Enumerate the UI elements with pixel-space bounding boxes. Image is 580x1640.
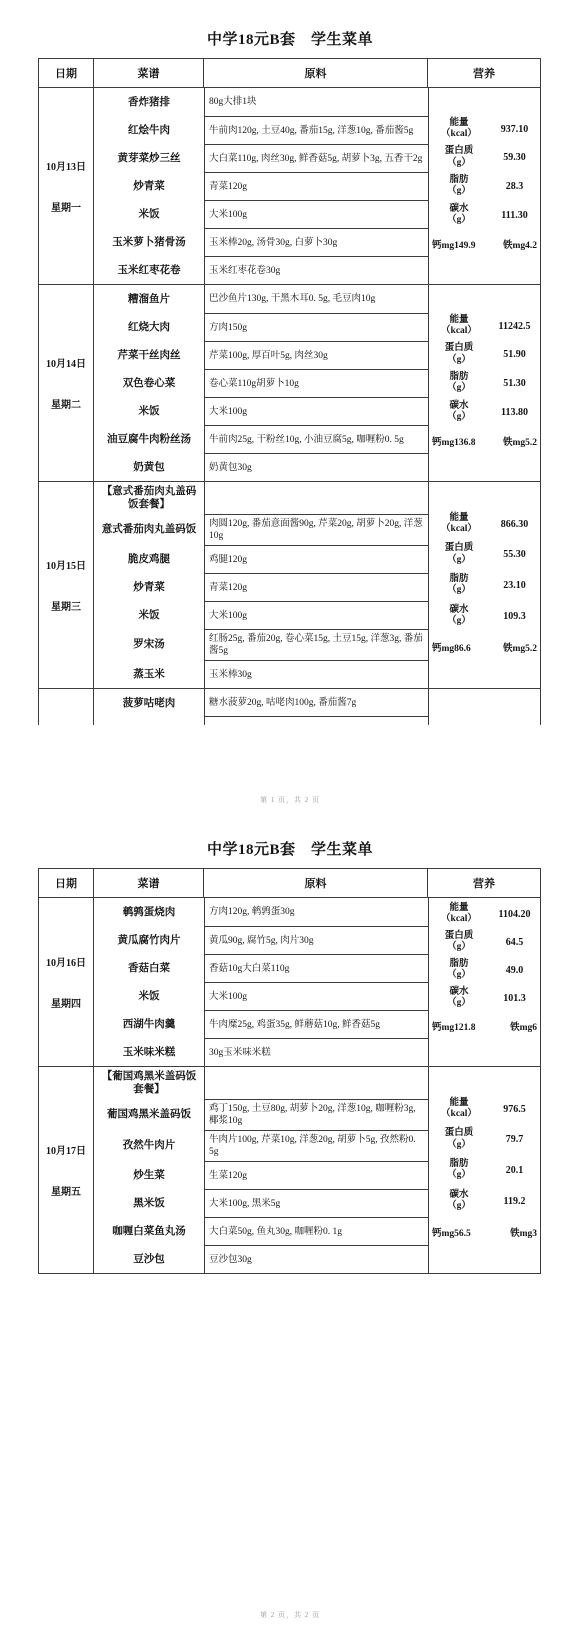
mineral-iron: 铁mg5.2 xyxy=(503,434,537,448)
dish-name: 菠萝咕咾肉 xyxy=(94,689,204,717)
weekday-text: 星期一 xyxy=(51,199,81,214)
dish-ingredient-rows: 【葡国鸡黑米盖码饭套餐】葡国鸡黑米盖码饭鸡丁150g, 土豆80g, 胡萝卜20… xyxy=(94,1067,428,1273)
dish-name: 咖喱白菜鱼丸汤 xyxy=(94,1217,204,1245)
menu-row: 【葡国鸡黑米盖码饭套餐】 xyxy=(94,1067,428,1099)
day-group: 10月16日星期四鹌鹑蛋烧肉方肉120g, 鹌鹑蛋30g黄瓜腐竹肉片黄瓜90g,… xyxy=(39,897,540,1066)
nutrition-cell: 能量（kcal）11242.5蛋白质（g）51.90脂肪（g）51.30碳水（g… xyxy=(428,285,540,481)
spacer xyxy=(204,717,428,725)
ingredient-cell: 玉米红枣花卷30g xyxy=(204,256,428,284)
ingredient-cell: 方肉120g, 鹌鹑蛋30g xyxy=(204,898,428,926)
menu-row: 糟溜鱼片巴沙鱼片130g, 干黑木耳0. 5g, 毛豆肉10g xyxy=(94,285,428,313)
mineral-calcium: 钙mg149.9 xyxy=(432,237,476,251)
menu-page-1: 中学18元B套 学生菜单 日期菜谱原料营养10月13日星期一香炸猪排80g大排1… xyxy=(0,0,580,810)
ingredient-cell: 红肠25g, 番茄20g, 卷心菜15g, 土豆15g, 洋葱3g, 番茄酱5g xyxy=(204,629,428,660)
nutrition-entry-energy: 能量（kcal）1104.20 xyxy=(429,900,540,928)
nutrition-label-name: 脂肪 xyxy=(429,372,489,384)
nutrition-label: 脂肪（g） xyxy=(429,1159,489,1182)
header-cell-nutrition: 营养 xyxy=(428,869,540,897)
menu-row: 孜然牛肉片牛肉片100g, 芹菜10g, 洋葱20g, 胡萝卜5g, 孜然粉0.… xyxy=(94,1130,428,1161)
nutrition-label-name: 脂肪 xyxy=(429,959,489,971)
nutrition-cell: 能量（kcal）976.5蛋白质（g）79.7脂肪（g）20.1碳水（g）119… xyxy=(428,1067,540,1273)
nutrition-label-name: 能量 xyxy=(429,315,489,327)
nutrition-label-unit: （g） xyxy=(429,585,489,597)
nutrition-label: 脂肪（g） xyxy=(429,175,489,198)
nutrition-value: 1104.20 xyxy=(489,909,540,920)
menu-row: 红烧大肉方肉150g xyxy=(94,313,428,341)
nutrition-label-unit: （g） xyxy=(429,355,489,367)
nutrition-label: 能量（kcal） xyxy=(429,513,489,536)
nutrition-label: 能量（kcal） xyxy=(429,315,489,338)
dish-name: 鹌鹑蛋烧肉 xyxy=(94,898,204,926)
date-cell: 10月16日星期四 xyxy=(39,898,94,1066)
nutrition-value: 866.30 xyxy=(489,519,540,530)
menu-row: 葡国鸡黑米盖码饭鸡丁150g, 土豆80g, 胡萝卜20g, 洋葱10g, 咖喱… xyxy=(94,1099,428,1130)
nutrition-entry-energy: 能量（kcal）976.5 xyxy=(429,1094,540,1125)
menu-row: 蒸玉米玉米棒30g xyxy=(94,660,428,688)
page-footer: 第 2 页，共 2 页 xyxy=(0,1610,580,1620)
date-cell: 10月17日星期五 xyxy=(39,1067,94,1273)
nutrition-label-name: 能量 xyxy=(429,513,489,525)
menu-row: 奶黄包奶黄包30g xyxy=(94,453,428,481)
nutrition-entry-protein: 蛋白质（g）59.30 xyxy=(429,144,540,173)
menu-row: 豆沙包豆沙包30g xyxy=(94,1245,428,1273)
nutrition-entry-energy: 能量（kcal）11242.5 xyxy=(429,312,540,341)
nutrition-minerals: 钙mg121.8铁mg6 xyxy=(429,1012,540,1040)
ingredient-cell: 牛肉片100g, 芹菜10g, 洋葱20g, 胡萝卜5g, 孜然粉0. 5g xyxy=(204,1130,428,1161)
ingredient-cell: 青菜120g xyxy=(204,573,428,601)
ingredient-cell: 生菜120g xyxy=(204,1161,428,1189)
table-header-row: 日期菜谱原料营养 xyxy=(39,59,540,87)
weekday-text: 星期二 xyxy=(51,396,81,411)
date-text: 10月16日 xyxy=(46,954,86,969)
menu-row: 菠萝咕咾肉糖水菠萝20g, 咕咾肉100g, 番茄酱7g xyxy=(94,689,428,717)
menu-table-page-2: 日期菜谱原料营养10月16日星期四鹌鹑蛋烧肉方肉120g, 鹌鹑蛋30g黄瓜腐竹… xyxy=(0,868,580,1274)
page-title: 中学18元B套 学生菜单 xyxy=(0,0,580,49)
nutrition-value: 937.10 xyxy=(489,124,540,135)
menu-row: 米饭大米100g xyxy=(94,397,428,425)
dish-name: 香菇白菜 xyxy=(94,954,204,982)
nutrition-minerals: 钙mg56.5铁mg3 xyxy=(429,1216,540,1247)
ingredient-cell: 大白菜110g, 肉丝30g, 鲜香菇5g, 胡萝卜3g, 五香干2g xyxy=(204,144,428,172)
table-header-row: 日期菜谱原料营养 xyxy=(39,869,540,897)
nutrition-value: 64.5 xyxy=(489,937,540,948)
mineral-calcium: 钙mg121.8 xyxy=(432,1019,476,1033)
dish-name: 【意式番茄肉丸盖码饭套餐】 xyxy=(94,482,204,514)
mineral-calcium: 钙mg86.6 xyxy=(432,640,471,654)
ingredient-cell: 巴沙鱼片130g, 干黑木耳0. 5g, 毛豆肉10g xyxy=(204,285,428,313)
nutrition-value: 51.30 xyxy=(489,378,540,389)
date-cell xyxy=(39,689,94,725)
nutrition-minerals: 钙mg149.9铁mg4.2 xyxy=(429,229,540,258)
dish-name: 葡国鸡黑米盖码饭 xyxy=(94,1099,204,1130)
dish-name: 红烩牛肉 xyxy=(94,116,204,144)
dish-name: 炒生菜 xyxy=(94,1161,204,1189)
nutrition-entry-carb: 碳水（g）119.2 xyxy=(429,1186,540,1217)
dish-name: 【葡国鸡黑米盖码饭套餐】 xyxy=(94,1067,204,1099)
nutrition-cell: 能量（kcal）866.30蛋白质（g）55.30脂肪（g）23.10碳水（g）… xyxy=(428,482,540,688)
nutrition-label-name: 蛋白质 xyxy=(429,543,489,555)
ingredient-cell: 大米100g, 黑米5g xyxy=(204,1189,428,1217)
dish-name: 玉米红枣花卷 xyxy=(94,256,204,284)
nutrition-label: 脂肪（g） xyxy=(429,959,489,982)
ingredient-cell: 卷心菜110g胡萝卜10g xyxy=(204,369,428,397)
menu-row: 油豆腐牛肉粉丝汤牛前肉25g, 干粉丝10g, 小油豆腐5g, 咖喱粉0. 5g xyxy=(94,425,428,453)
header-cell-menu: 菜谱 xyxy=(94,59,204,87)
menu-table: 日期菜谱原料营养10月16日星期四鹌鹑蛋烧肉方肉120g, 鹌鹑蛋30g黄瓜腐竹… xyxy=(38,868,541,1274)
nutrition-value: 23.10 xyxy=(489,580,540,591)
ingredient-cell: 牛前肉25g, 干粉丝10g, 小油豆腐5g, 咖喱粉0. 5g xyxy=(204,425,428,453)
menu-row: 黑米饭大米100g, 黑米5g xyxy=(94,1189,428,1217)
dish-ingredient-rows: 菠萝咕咾肉糖水菠萝20g, 咕咾肉100g, 番茄酱7g xyxy=(94,689,428,725)
nutrition-label-name: 能量 xyxy=(429,118,489,130)
ingredient-cell: 大米100g xyxy=(204,982,428,1010)
date-text: 10月17日 xyxy=(46,1142,86,1157)
date-cell: 10月15日星期三 xyxy=(39,482,94,688)
nutrition-value: 111.30 xyxy=(489,210,540,221)
nutrition-label: 能量（kcal） xyxy=(429,118,489,141)
ingredient-cell: 大米100g xyxy=(204,601,428,629)
nutrition-label-unit: （g） xyxy=(429,970,489,982)
menu-row: 罗宋汤红肠25g, 番茄20g, 卷心菜15g, 土豆15g, 洋葱3g, 番茄… xyxy=(94,629,428,660)
nutrition-value: 101.3 xyxy=(489,993,540,1004)
nutrition-label-unit: （g） xyxy=(429,1170,489,1182)
nutrition-value: 28.3 xyxy=(489,181,540,192)
dish-ingredient-rows: 鹌鹑蛋烧肉方肉120g, 鹌鹑蛋30g黄瓜腐竹肉片黄瓜90g, 腐竹5g, 肉片… xyxy=(94,898,428,1066)
nutrition-value: 59.30 xyxy=(489,152,540,163)
mineral-iron: 铁mg3 xyxy=(510,1225,537,1239)
nutrition-value: 11242.5 xyxy=(489,321,540,332)
dish-name: 芹菜干丝肉丝 xyxy=(94,341,204,369)
dish-ingredient-rows: 香炸猪排80g大排1块红烩牛肉牛前肉120g, 土豆40g, 番茄15g, 洋葱… xyxy=(94,88,428,284)
nutrition-value: 976.5 xyxy=(489,1104,540,1115)
menu-row: 西湖牛肉羹牛肉糜25g, 鸡蛋35g, 鲜蘑菇10g, 鲜香菇5g xyxy=(94,1010,428,1038)
day-group: 菠萝咕咾肉糖水菠萝20g, 咕咾肉100g, 番茄酱7g xyxy=(39,688,540,725)
day-group: 10月13日星期一香炸猪排80g大排1块红烩牛肉牛前肉120g, 土豆40g, … xyxy=(39,87,540,284)
nutrition-entry-fat: 脂肪（g）28.3 xyxy=(429,172,540,201)
nutrition-value: 51.90 xyxy=(489,349,540,360)
ingredient-cell: 大米100g xyxy=(204,200,428,228)
menu-row: 玉米萝卜猪骨汤玉米棒20g, 汤骨30g, 白萝卜30g xyxy=(94,228,428,256)
ingredient-cell: 80g大排1块 xyxy=(204,88,428,116)
nutrition-label-unit: （g） xyxy=(429,616,489,628)
nutrition-label-unit: （g） xyxy=(429,186,489,198)
nutrition-entry-carb: 碳水（g）111.30 xyxy=(429,201,540,230)
date-cell: 10月13日星期一 xyxy=(39,88,94,284)
ingredient-cell: 鸡腿120g xyxy=(204,545,428,573)
ingredient-cell: 30g玉米味米糕 xyxy=(204,1038,428,1066)
nutrition-entry-fat: 脂肪（g）23.10 xyxy=(429,570,540,601)
menu-table: 日期菜谱原料营养10月13日星期一香炸猪排80g大排1块红烩牛肉牛前肉120g,… xyxy=(38,58,541,725)
nutrition-label-unit: （g） xyxy=(429,215,489,227)
nutrition-label-unit: （g） xyxy=(429,942,489,954)
nutrition-value: 109.3 xyxy=(489,611,540,622)
nutrition-label-unit: （kcal） xyxy=(429,1109,489,1121)
weekday-text: 星期三 xyxy=(51,598,81,613)
nutrition-label-name: 碳水 xyxy=(429,1190,489,1202)
dish-name: 米饭 xyxy=(94,200,204,228)
nutrition-entry-protein: 蛋白质（g）79.7 xyxy=(429,1125,540,1156)
nutrition-label: 能量（kcal） xyxy=(429,903,489,926)
date-text: 10月15日 xyxy=(46,557,86,572)
nutrition-label-name: 碳水 xyxy=(429,987,489,999)
menu-row: 炒青菜青菜120g xyxy=(94,172,428,200)
menu-row: 米饭大米100g xyxy=(94,601,428,629)
ingredient-cell: 大米100g xyxy=(204,397,428,425)
day-group: 10月17日星期五【葡国鸡黑米盖码饭套餐】葡国鸡黑米盖码饭鸡丁150g, 土豆8… xyxy=(39,1066,540,1273)
menu-row: 双色卷心菜卷心菜110g胡萝卜10g xyxy=(94,369,428,397)
ingredient-cell: 香菇10g大白菜110g xyxy=(204,954,428,982)
header-cell-date: 日期 xyxy=(39,869,94,897)
nutrition-entry-fat: 脂肪（g）20.1 xyxy=(429,1155,540,1186)
date-text: 10月13日 xyxy=(46,158,86,173)
nutrition-entry-protein: 蛋白质（g）64.5 xyxy=(429,928,540,956)
menu-row: 香炸猪排80g大排1块 xyxy=(94,88,428,116)
nutrition-label: 碳水（g） xyxy=(429,204,489,227)
nutrition-label-unit: （kcal） xyxy=(429,914,489,926)
nutrition-label: 碳水（g） xyxy=(429,401,489,424)
nutrition-label-unit: （g） xyxy=(429,1140,489,1152)
spacer xyxy=(94,717,204,725)
menu-row: 【意式番茄肉丸盖码饭套餐】 xyxy=(94,482,428,514)
ingredient-cell: 豆沙包30g xyxy=(204,1245,428,1273)
nutrition-label-unit: （g） xyxy=(429,412,489,424)
page-footer: 第 1 页，共 2 页 xyxy=(0,795,580,805)
menu-row: 黄瓜腐竹肉片黄瓜90g, 腐竹5g, 肉片30g xyxy=(94,926,428,954)
nutrition-label: 碳水（g） xyxy=(429,987,489,1010)
nutrition-cell xyxy=(428,689,540,725)
header-cell-ingredients: 原料 xyxy=(204,59,428,87)
nutrition-label-name: 碳水 xyxy=(429,605,489,617)
ingredient-cell: 牛前肉120g, 土豆40g, 番茄15g, 洋葱10g, 番茄酱5g xyxy=(204,116,428,144)
menu-row: 炒生菜生菜120g xyxy=(94,1161,428,1189)
nutrition-entry-carb: 碳水（g）109.3 xyxy=(429,601,540,632)
nutrition-label: 蛋白质（g） xyxy=(429,146,489,169)
header-cell-ingredients: 原料 xyxy=(204,869,428,897)
nutrition-label: 蛋白质（g） xyxy=(429,1128,489,1151)
dish-name: 糟溜鱼片 xyxy=(94,285,204,313)
ingredient-cell: 方肉150g xyxy=(204,313,428,341)
dish-name: 炒青菜 xyxy=(94,573,204,601)
nutrition-label-unit: （g） xyxy=(429,1201,489,1213)
nutrition-label-name: 碳水 xyxy=(429,204,489,216)
header-cell-date: 日期 xyxy=(39,59,94,87)
nutrition-label-name: 脂肪 xyxy=(429,1159,489,1171)
header-cell-menu: 菜谱 xyxy=(94,869,204,897)
menu-row: 脆皮鸡腿鸡腿120g xyxy=(94,545,428,573)
ingredient-cell: 玉米棒30g xyxy=(204,660,428,688)
ingredient-cell: 大白菜50g, 鱼丸30g, 咖喱粉0. 1g xyxy=(204,1217,428,1245)
nutrition-value: 79.7 xyxy=(489,1134,540,1145)
dish-name: 米饭 xyxy=(94,397,204,425)
ingredient-cell xyxy=(204,1067,428,1099)
menu-row: 炒青菜青菜120g xyxy=(94,573,428,601)
nutrition-label-unit: （kcal） xyxy=(429,326,489,338)
date-text: 10月14日 xyxy=(46,355,86,370)
dish-name: 意式番茄肉丸盖码饭 xyxy=(94,514,204,545)
nutrition-minerals: 钙mg136.8铁mg5.2 xyxy=(429,426,540,455)
mineral-iron: 铁mg6 xyxy=(510,1019,537,1033)
nutrition-label: 脂肪（g） xyxy=(429,372,489,395)
dish-name: 玉米味米糕 xyxy=(94,1038,204,1066)
nutrition-label: 蛋白质（g） xyxy=(429,543,489,566)
mineral-calcium: 钙mg56.5 xyxy=(432,1225,471,1239)
menu-row: 米饭大米100g xyxy=(94,200,428,228)
nutrition-label: 碳水（g） xyxy=(429,1190,489,1213)
mineral-iron: 铁mg4.2 xyxy=(503,237,537,251)
nutrition-entry-energy: 能量（kcal）866.30 xyxy=(429,509,540,540)
menu-row: 玉米味米糕30g玉米味米糕 xyxy=(94,1038,428,1066)
dish-name: 蒸玉米 xyxy=(94,660,204,688)
nutrition-label-unit: （g） xyxy=(429,383,489,395)
menu-page-2: 中学18元B套 学生菜单 日期菜谱原料营养10月16日星期四鹌鹑蛋烧肉方肉120… xyxy=(0,810,580,1640)
dish-name: 脆皮鸡腿 xyxy=(94,545,204,573)
nutrition-minerals: 钙mg86.6铁mg5.2 xyxy=(429,631,540,662)
dish-name: 米饭 xyxy=(94,982,204,1010)
menu-row: 香菇白菜香菇10g大白菜110g xyxy=(94,954,428,982)
dish-name: 孜然牛肉片 xyxy=(94,1130,204,1161)
weekday-text: 星期五 xyxy=(51,1183,81,1198)
ingredient-cell: 鸡丁150g, 土豆80g, 胡萝卜20g, 洋葱10g, 咖喱粉3g, 椰浆1… xyxy=(204,1099,428,1130)
day-group: 10月15日星期三【意式番茄肉丸盖码饭套餐】意式番茄肉丸盖码饭肉圆120g, 番… xyxy=(39,481,540,688)
dish-name: 炒青菜 xyxy=(94,172,204,200)
nutrition-label-unit: （kcal） xyxy=(429,129,489,141)
menu-row: 芹菜干丝肉丝芹菜100g, 厚百叶5g, 肉丝30g xyxy=(94,341,428,369)
nutrition-entry-protein: 蛋白质（g）51.90 xyxy=(429,341,540,370)
nutrition-label-unit: （g） xyxy=(429,158,489,170)
menu-row: 鹌鹑蛋烧肉方肉120g, 鹌鹑蛋30g xyxy=(94,898,428,926)
dish-name: 黄芽菜炒三丝 xyxy=(94,144,204,172)
ingredient-cell: 肉圆120g, 番茄意面酱90g, 芹菜20g, 胡萝卜20g, 洋葱10g xyxy=(204,514,428,545)
nutrition-label-unit: （g） xyxy=(429,555,489,567)
page-title: 中学18元B套 学生菜单 xyxy=(0,810,580,859)
dish-name: 豆沙包 xyxy=(94,1245,204,1273)
nutrition-label-unit: （kcal） xyxy=(429,524,489,536)
nutrition-label: 蛋白质（g） xyxy=(429,931,489,954)
ingredient-cell: 牛肉糜25g, 鸡蛋35g, 鲜蘑菇10g, 鲜香菇5g xyxy=(204,1010,428,1038)
dish-name: 黄瓜腐竹肉片 xyxy=(94,926,204,954)
nutrition-value: 119.2 xyxy=(489,1196,540,1207)
nutrition-entry-fat: 脂肪（g）51.30 xyxy=(429,369,540,398)
nutrition-label: 碳水（g） xyxy=(429,605,489,628)
dish-name: 油豆腐牛肉粉丝汤 xyxy=(94,425,204,453)
header-cell-nutrition: 营养 xyxy=(428,59,540,87)
ingredient-cell xyxy=(204,482,428,514)
dish-name: 罗宋汤 xyxy=(94,629,204,660)
nutrition-label-name: 能量 xyxy=(429,1098,489,1110)
menu-row: 咖喱白菜鱼丸汤大白菜50g, 鱼丸30g, 咖喱粉0. 1g xyxy=(94,1217,428,1245)
dish-ingredient-rows: 糟溜鱼片巴沙鱼片130g, 干黑木耳0. 5g, 毛豆肉10g红烧大肉方肉150… xyxy=(94,285,428,481)
nutrition-label-name: 蛋白质 xyxy=(429,343,489,355)
dish-name: 黑米饭 xyxy=(94,1189,204,1217)
dish-name: 双色卷心菜 xyxy=(94,369,204,397)
nutrition-entry-fat: 脂肪（g）49.0 xyxy=(429,956,540,984)
nutrition-cell: 能量（kcal）937.10蛋白质（g）59.30脂肪（g）28.3碳水（g）1… xyxy=(428,88,540,284)
nutrition-label-name: 脂肪 xyxy=(429,175,489,187)
nutrition-label-name: 脂肪 xyxy=(429,574,489,586)
day-group: 10月14日星期二糟溜鱼片巴沙鱼片130g, 干黑木耳0. 5g, 毛豆肉10g… xyxy=(39,284,540,481)
nutrition-cell: 能量（kcal）1104.20蛋白质（g）64.5脂肪（g）49.0碳水（g）1… xyxy=(428,898,540,1066)
nutrition-label: 脂肪（g） xyxy=(429,574,489,597)
menu-row: 米饭大米100g xyxy=(94,982,428,1010)
dish-name: 奶黄包 xyxy=(94,453,204,481)
dish-name: 红烧大肉 xyxy=(94,313,204,341)
dish-name: 米饭 xyxy=(94,601,204,629)
ingredient-cell: 玉米棒20g, 汤骨30g, 白萝卜30g xyxy=(204,228,428,256)
menu-row: 意式番茄肉丸盖码饭肉圆120g, 番茄意面酱90g, 芹菜20g, 胡萝卜20g… xyxy=(94,514,428,545)
nutrition-entry-carb: 碳水（g）113.80 xyxy=(429,398,540,427)
ingredient-cell: 青菜120g xyxy=(204,172,428,200)
nutrition-label-name: 蛋白质 xyxy=(429,1128,489,1140)
nutrition-entry-protein: 蛋白质（g）55.30 xyxy=(429,540,540,571)
ingredient-cell: 黄瓜90g, 腐竹5g, 肉片30g xyxy=(204,926,428,954)
mineral-iron: 铁mg5.2 xyxy=(503,640,537,654)
mineral-calcium: 钙mg136.8 xyxy=(432,434,476,448)
menu-row: 黄芽菜炒三丝大白菜110g, 肉丝30g, 鲜香菇5g, 胡萝卜3g, 五香干2… xyxy=(94,144,428,172)
ingredient-cell: 芹菜100g, 厚百叶5g, 肉丝30g xyxy=(204,341,428,369)
dish-name: 香炸猪排 xyxy=(94,88,204,116)
weekday-text: 星期四 xyxy=(51,995,81,1010)
nutrition-label: 能量（kcal） xyxy=(429,1098,489,1121)
menu-row: 玉米红枣花卷玉米红枣花卷30g xyxy=(94,256,428,284)
nutrition-entry-carb: 碳水（g）101.3 xyxy=(429,984,540,1012)
nutrition-label-name: 蛋白质 xyxy=(429,146,489,158)
ingredient-cell: 糖水菠萝20g, 咕咾肉100g, 番茄酱7g xyxy=(204,689,428,717)
date-cell: 10月14日星期二 xyxy=(39,285,94,481)
dish-ingredient-rows: 【意式番茄肉丸盖码饭套餐】意式番茄肉丸盖码饭肉圆120g, 番茄意面酱90g, … xyxy=(94,482,428,688)
ingredient-cell: 奶黄包30g xyxy=(204,453,428,481)
nutrition-value: 113.80 xyxy=(489,407,540,418)
page-break-spacer xyxy=(94,717,428,725)
nutrition-label-name: 蛋白质 xyxy=(429,931,489,943)
menu-table-page-1: 日期菜谱原料营养10月13日星期一香炸猪排80g大排1块红烩牛肉牛前肉120g,… xyxy=(0,58,580,725)
nutrition-label-name: 碳水 xyxy=(429,401,489,413)
nutrition-value: 20.1 xyxy=(489,1165,540,1176)
nutrition-entry-energy: 能量（kcal）937.10 xyxy=(429,115,540,144)
nutrition-label-name: 能量 xyxy=(429,903,489,915)
nutrition-value: 49.0 xyxy=(489,965,540,976)
nutrition-label: 蛋白质（g） xyxy=(429,343,489,366)
nutrition-value: 55.30 xyxy=(489,549,540,560)
dish-name: 西湖牛肉羹 xyxy=(94,1010,204,1038)
menu-row: 红烩牛肉牛前肉120g, 土豆40g, 番茄15g, 洋葱10g, 番茄酱5g xyxy=(94,116,428,144)
dish-name: 玉米萝卜猪骨汤 xyxy=(94,228,204,256)
nutrition-label-unit: （g） xyxy=(429,998,489,1010)
